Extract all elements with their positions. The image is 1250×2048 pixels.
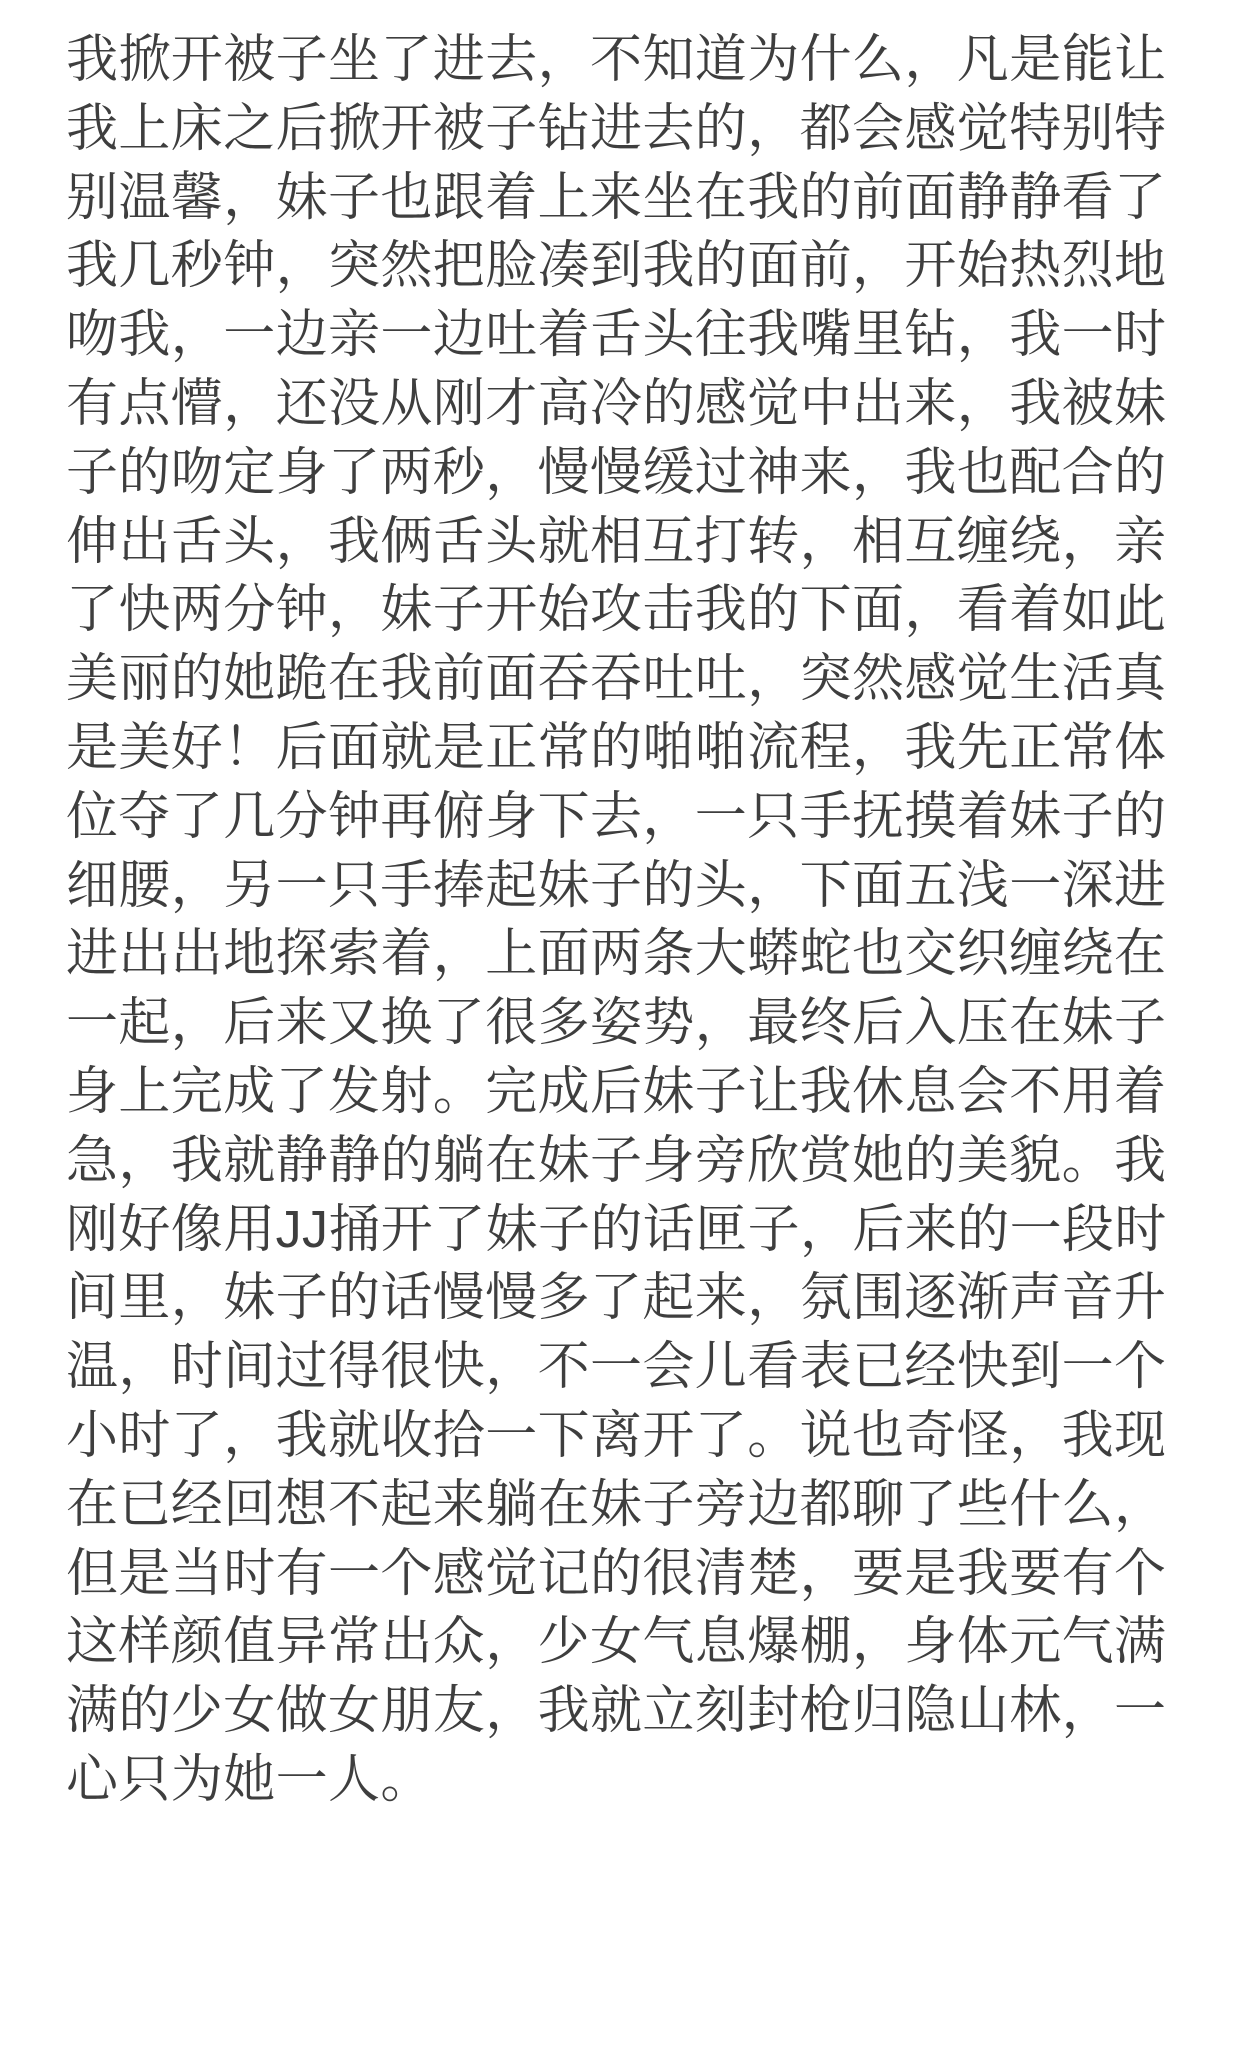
text-line: 吻我，一边亲一边吐着舌头往我嘴里钻，我一时 — [66, 301, 1192, 370]
text-line: 急，我就静静的躺在妹子身旁欣赏她的美貌。我 — [66, 1127, 1192, 1196]
text-line: 间里，妹子的话慢慢多了起来，氛围逐渐声音升 — [66, 1264, 1192, 1333]
text-line: 是美好！后面就是正常的啪啪流程，我先正常体 — [66, 714, 1192, 783]
story-text: 我掀开被子坐了进去，不知道为什么，凡是能让我上床之后掀开被子钻进去的，都会感觉特… — [66, 26, 1192, 1815]
text-line: 刚好像用JJ捅开了妹子的话匣子，后来的一段时 — [66, 1196, 1192, 1265]
text-line: 别温馨，妹子也跟着上来坐在我的前面静静看了 — [66, 164, 1192, 233]
text-line: 但是当时有一个感觉记的很清楚，要是我要有个 — [66, 1540, 1192, 1609]
text-line: 我掀开被子坐了进去，不知道为什么，凡是能让 — [66, 26, 1192, 95]
text-line: 位夺了几分钟再俯身下去，一只手抚摸着妹子的 — [66, 783, 1192, 852]
text-line: 进出出地探索着，上面两条大蟒蛇也交织缠绕在 — [66, 920, 1192, 989]
text-line: 我几秒钟，突然把脸凑到我的面前，开始热烈地 — [66, 232, 1192, 301]
text-line: 身上完成了发射。完成后妹子让我休息会不用着 — [66, 1058, 1192, 1127]
text-line: 小时了，我就收拾一下离开了。说也奇怪，我现 — [66, 1402, 1192, 1471]
text-line: 了快两分钟，妹子开始攻击我的下面，看着如此 — [66, 576, 1192, 645]
text-line: 心只为她一人。 — [66, 1746, 1192, 1815]
text-line: 我上床之后掀开被子钻进去的，都会感觉特别特 — [66, 95, 1192, 164]
text-line: 美丽的她跪在我前面吞吞吐吐，突然感觉生活真 — [66, 645, 1192, 714]
text-line: 子的吻定身了两秒，慢慢缓过神来，我也配合的 — [66, 439, 1192, 508]
text-line: 在已经回想不起来躺在妹子旁边都聊了些什么， — [66, 1471, 1192, 1540]
text-line: 满的少女做女朋友，我就立刻封枪归隐山林，一 — [66, 1677, 1192, 1746]
text-line: 温，时间过得很快，不一会儿看表已经快到一个 — [66, 1333, 1192, 1402]
text-line: 细腰，另一只手捧起妹子的头，下面五浅一深进 — [66, 852, 1192, 921]
text-line: 一起，后来又换了很多姿势，最终后入压在妹子 — [66, 989, 1192, 1058]
text-page: 我掀开被子坐了进去，不知道为什么，凡是能让我上床之后掀开被子钻进去的，都会感觉特… — [0, 0, 1250, 2048]
text-line: 这样颜值异常出众，少女气息爆棚，身体元气满 — [66, 1608, 1192, 1677]
text-line: 有点懵，还没从刚才高冷的感觉中出来，我被妹 — [66, 370, 1192, 439]
text-line: 伸出舌头，我俩舌头就相互打转，相互缠绕，亲 — [66, 508, 1192, 577]
